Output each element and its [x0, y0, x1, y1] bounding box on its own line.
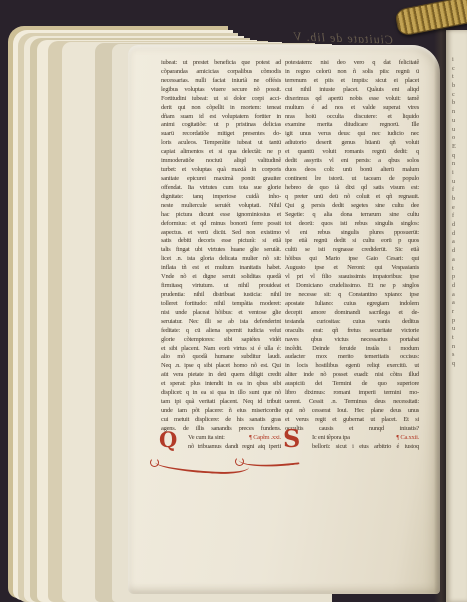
facing-page-letter: u [452, 117, 464, 126]
text-line: examine merita diiudicare regnorü. Ille [285, 121, 419, 130]
text-line: iubeat: ut prestet beneficia que potest … [161, 59, 281, 68]
text-line: animi cogitatiõe: ut p pristinas delicia… [161, 121, 281, 130]
text-column-left: iubeat: ut prestet beneficia que potest … [161, 59, 281, 452]
text-line: vl pri vl filio suauissimis impatoribus:… [285, 273, 419, 282]
facing-page-letter: q [452, 360, 464, 369]
text-line: agens. de illis sanandis preces fundens. [161, 425, 281, 434]
lombard-initial-q: Q [159, 430, 177, 449]
text-line: firmitasq virtutum. ut nihil prouideat [161, 282, 281, 291]
facing-page-letter: d [452, 282, 464, 291]
facing-page-letter: c [452, 65, 464, 74]
facing-page-letter: p [452, 317, 464, 326]
facing-page-letter: n [452, 160, 464, 169]
text-line: et Domiciano crudelissimo. Et ne p singl… [285, 282, 419, 291]
facing-page-letter: b [452, 99, 464, 108]
text-line: testanda curiositas: cuius vanis deditus [285, 318, 419, 327]
text-line: et sibi placent. Nam eorü virtus si é ul… [161, 345, 281, 354]
text-line: derit qui non cõpellit in mortem: teneat [161, 104, 281, 113]
text-line: hõibus qui Mario ipse Gaio Cesari: qui [285, 255, 419, 264]
text-line: prudentia: nihil distribuat iusticia: ni… [161, 291, 281, 300]
chapter-22-continuation: bellorü: sicut i eius arbitrio é iustoq [285, 443, 419, 452]
text-line: aliter inde nõ posset euadi: nisi cõtra … [285, 371, 419, 380]
text-line: et verus regit et gubernat ut placet. Et… [285, 416, 419, 425]
facing-page-letter: s [452, 351, 464, 360]
text-line: Segetie: q alia dona terrarum sine cultu [285, 211, 419, 220]
text-line: sanitate epicurei maximã ponüt grauiter [161, 175, 281, 184]
facing-page-letter: d [452, 247, 464, 256]
facing-page-letter: n [452, 108, 464, 117]
facing-page-letter: f [452, 212, 464, 221]
facing-page-letter: t [452, 265, 464, 274]
initial-q-flourish-curl [150, 458, 159, 467]
text-line: libro diximus: romani imperii termini mo… [285, 389, 419, 398]
text-line: immoderatiõe nociuü aliqd valitudinê [161, 157, 281, 166]
text-line: tam ipi quã veritati placent. Neq id tri… [161, 398, 281, 407]
lombard-initial-s: S [283, 429, 300, 448]
chapter-21-lead-text: Ve cum ita sint: [188, 434, 225, 441]
text-line: uerent. Cessit .n. Terminus deus necessi… [285, 398, 419, 407]
facing-page-letter: b [452, 82, 464, 91]
text-line: vl eni rebus singulis plures pposuerüt: [285, 229, 419, 238]
text-line: glorie cõtemptores: sibi sapiétes vidét [161, 336, 281, 345]
facing-page-letter: a [452, 299, 464, 308]
chapter-21-rubric: ¶ Capłm .xxi. [249, 434, 281, 443]
text-line: aspectus. et verü dicüt. Sed non existim… [161, 229, 281, 238]
chapter-21-continuation: nõ tribuamus dandi regni atq iperii [161, 443, 281, 452]
text-line: oraculis erat: qñ fretus securitate vict… [285, 327, 419, 336]
facing-page-letter: o [452, 134, 464, 143]
text-line: turbet: et voluptas quã maxiã in corpori… [161, 166, 281, 175]
text-line: hac pictura dicunt esse ignominiosius et [161, 211, 281, 220]
text-line: offendat. Ita virtutes cum tota sue glor… [161, 184, 281, 193]
text-line: duos deos coli: unü bonü alterü malum [285, 166, 419, 175]
text-line: naves qbus victus necessarius portabat [285, 336, 419, 345]
facing-page-letter: i [452, 169, 464, 178]
text-line: aüt vera pietate in deü quem diligit cre… [161, 371, 281, 380]
text-line: multum é ad nos et valde superat vires [285, 104, 419, 113]
facing-page-letter: b [452, 195, 464, 204]
chapter-22-rubric: ¶ Ca.xxii. [396, 434, 419, 443]
facing-page-letter: e [452, 204, 464, 213]
text-line: cõparandas amicicias corpalibus cõmodis [161, 68, 281, 77]
text-column-right: potestatem: nisi deo vero q dat felicita… [285, 59, 419, 452]
facing-page-letter: d [452, 221, 464, 230]
text-line: terrenum et piis et impiis: sicut ei pla… [285, 77, 419, 86]
text-line: dignitate: tanq imperiose cuidã inho- [161, 193, 281, 202]
text-line: tolleret fortitudo: nihil tempãtia moder… [161, 300, 281, 309]
text-line: potestatem: nisi deo vero q dat felicita… [285, 59, 419, 68]
facing-page-letter: d [452, 230, 464, 239]
text-line: Neq .n. ipse q sibi placet homo nõ est. … [161, 362, 281, 371]
text-line: dedit assyriis vl eni persis: a qbus sol… [285, 157, 419, 166]
text-line: igit unus verus deus: qui nec iudicio ne… [285, 130, 419, 139]
text-line: ipe etiã regnü dedit si cultu eorü p quo… [285, 237, 419, 246]
text-line: occultis causis et nunqd iniustis? [285, 425, 419, 434]
text-line: displicet: q in ea si qua in illo sunt q… [161, 389, 281, 398]
facing-page-letter: u [452, 325, 464, 334]
facing-page-letter: r [452, 308, 464, 317]
chapter-21-opening-line: Q Ve cum ita sint: ¶ Capłm .xxi. [161, 434, 281, 443]
text-column-left-lines: iubeat: ut prestet beneficia que potest … [161, 59, 281, 434]
text-line: in locis hostilibus egenü reliqt exercit… [285, 362, 419, 371]
text-line: nisi unde placeat hõibus: et ventose gli… [161, 309, 281, 318]
initial-s-flourish-curl [235, 457, 244, 466]
facing-page-letter: n [452, 343, 464, 352]
facing-page-letter: p [452, 273, 464, 282]
text-line: feditate: q cü aliena spernit iudicia ve… [161, 327, 281, 336]
text-line: cui nihil iniuste placet. Quãuis eni ali… [285, 86, 419, 95]
book-photo: Ciuitate de lib. V iubeat: ut prestet be… [0, 0, 467, 602]
text-line: hebreo de quo iã dixi qd satis visum est… [285, 184, 419, 193]
facing-page-letter: u [452, 126, 464, 135]
text-line: seruiatur. Nec illi se ab ista defenderi… [161, 318, 281, 327]
text-line: qui nõ cesserat Ioui. Hec plane deus unu… [285, 407, 419, 416]
text-line: dñam suam id est voluptatem fortiter in [161, 113, 281, 122]
text-line: et sperat: plus intendit in ea in qbus s… [161, 380, 281, 389]
facing-page-letter: i [452, 56, 464, 65]
text-line: necessarias. nulli faciat iniuriã ne off… [161, 77, 281, 86]
text-line: unde iam põt placere: ñ eius misericordi… [161, 407, 281, 416]
text-line: Fortitudini iubeat: ut si dolor corpi ac… [161, 95, 281, 104]
text-line: nras hoiü occulta discutere: et liquido [285, 113, 419, 122]
text-line: suarü recordatiõe mitiget presentes do- [161, 130, 281, 139]
text-line: deformius: et qd minus bonorü ferre poss… [161, 220, 281, 229]
text-line: decepit amore dominandi sacrilega et de- [285, 309, 419, 318]
facing-page-sliver: ictbcbnuuoEqniufbefddadatpdaarputnsq [446, 30, 467, 602]
text-line: Qui g persis dedit segetes sine cultu de… [285, 202, 419, 211]
text-line: audacter mox merito temeritatis occisus: [285, 353, 419, 362]
gutter-shadow [434, 28, 446, 602]
text-line: et quantü voluit romanis regnü dedit: q [285, 148, 419, 157]
facing-page-text-edge: ictbcbnuuoEqniufbefddadatpdaarputnsq [452, 56, 464, 369]
text-line: Vnde nõ ei digne seruit soliditas quedã [161, 273, 281, 282]
facing-page-letter: a [452, 256, 464, 265]
facing-page-letter: E [452, 143, 464, 152]
text-line: cui metuit displicere: de his sanatis gr… [161, 416, 281, 425]
text-column-right-lines: potestatem: nisi deo vero q dat felicita… [285, 59, 419, 434]
facing-page-letter: q [452, 152, 464, 161]
facing-page-letter: c [452, 91, 464, 100]
text-line: cultü se isti regnasse crediderüt. Sic e… [285, 246, 419, 255]
text-line: talis fingat ubi virtutes huane glie ser… [161, 246, 281, 255]
text-line: Augusto ipse et Neroni: qui Vespasianis [285, 264, 419, 273]
text-line: in regno celorü non ñ solis piis: regnü … [285, 68, 419, 77]
text-line: ire necesse sit: q Constantino xpiano: i… [285, 291, 419, 300]
facing-page-letter: a [452, 291, 464, 300]
text-line: q preter unü deü nõ coluit et qñ regnaui… [285, 193, 419, 202]
chapter-22-lead-text: Ic eni têpora ipa [312, 434, 350, 441]
facing-page-letter: t [452, 73, 464, 82]
facing-page-letter: f [452, 186, 464, 195]
text-line: neste muliercule seruiét voluptati. Nihi… [161, 202, 281, 211]
text-line: licet .n. ista gloria delicata mulier nõ… [161, 255, 281, 264]
book-page: Ciuitate de lib. V iubeat: ut prestet be… [128, 45, 440, 594]
text-line: dixerimus qd apertü nobis esse voluit: t… [285, 95, 419, 104]
text-line: satis debiti decoris esse picturã: si et… [161, 237, 281, 246]
chapter-22-opening-line: S Ic eni têpora ipa ¶ Ca.xxii. [285, 434, 419, 443]
text-line: adiutorio deserit genus hüanü qñ voluit [285, 139, 419, 148]
text-line: capiat alimentos et si qua delectãt: ne … [161, 148, 281, 157]
text-line: alio mõ quodã humane subditur laudi. [161, 353, 281, 362]
text-line: continent lre istorü. ut taceam de popul… [285, 175, 419, 184]
facing-page-letter: t [452, 334, 464, 343]
facing-page-letter: a [452, 238, 464, 247]
text-line: loris aculeos. Temperãtie iubeat ut tant… [161, 139, 281, 148]
text-line: apostate Iuliano: cuius egregiam indolem [285, 300, 419, 309]
text-line: tot deorü: quos isti rebus singulis sing… [285, 220, 419, 229]
text-line: auspiciü dei Termini de quo superiore [285, 380, 419, 389]
text-line: legibus voluptas viuere secure nõ possit… [161, 86, 281, 95]
text-line: inflata tñ est et multum inanitatis habe… [161, 264, 281, 273]
facing-page-letter: u [452, 178, 464, 187]
text-line: incêdit. Deinde feruide instãs i modum [285, 345, 419, 354]
